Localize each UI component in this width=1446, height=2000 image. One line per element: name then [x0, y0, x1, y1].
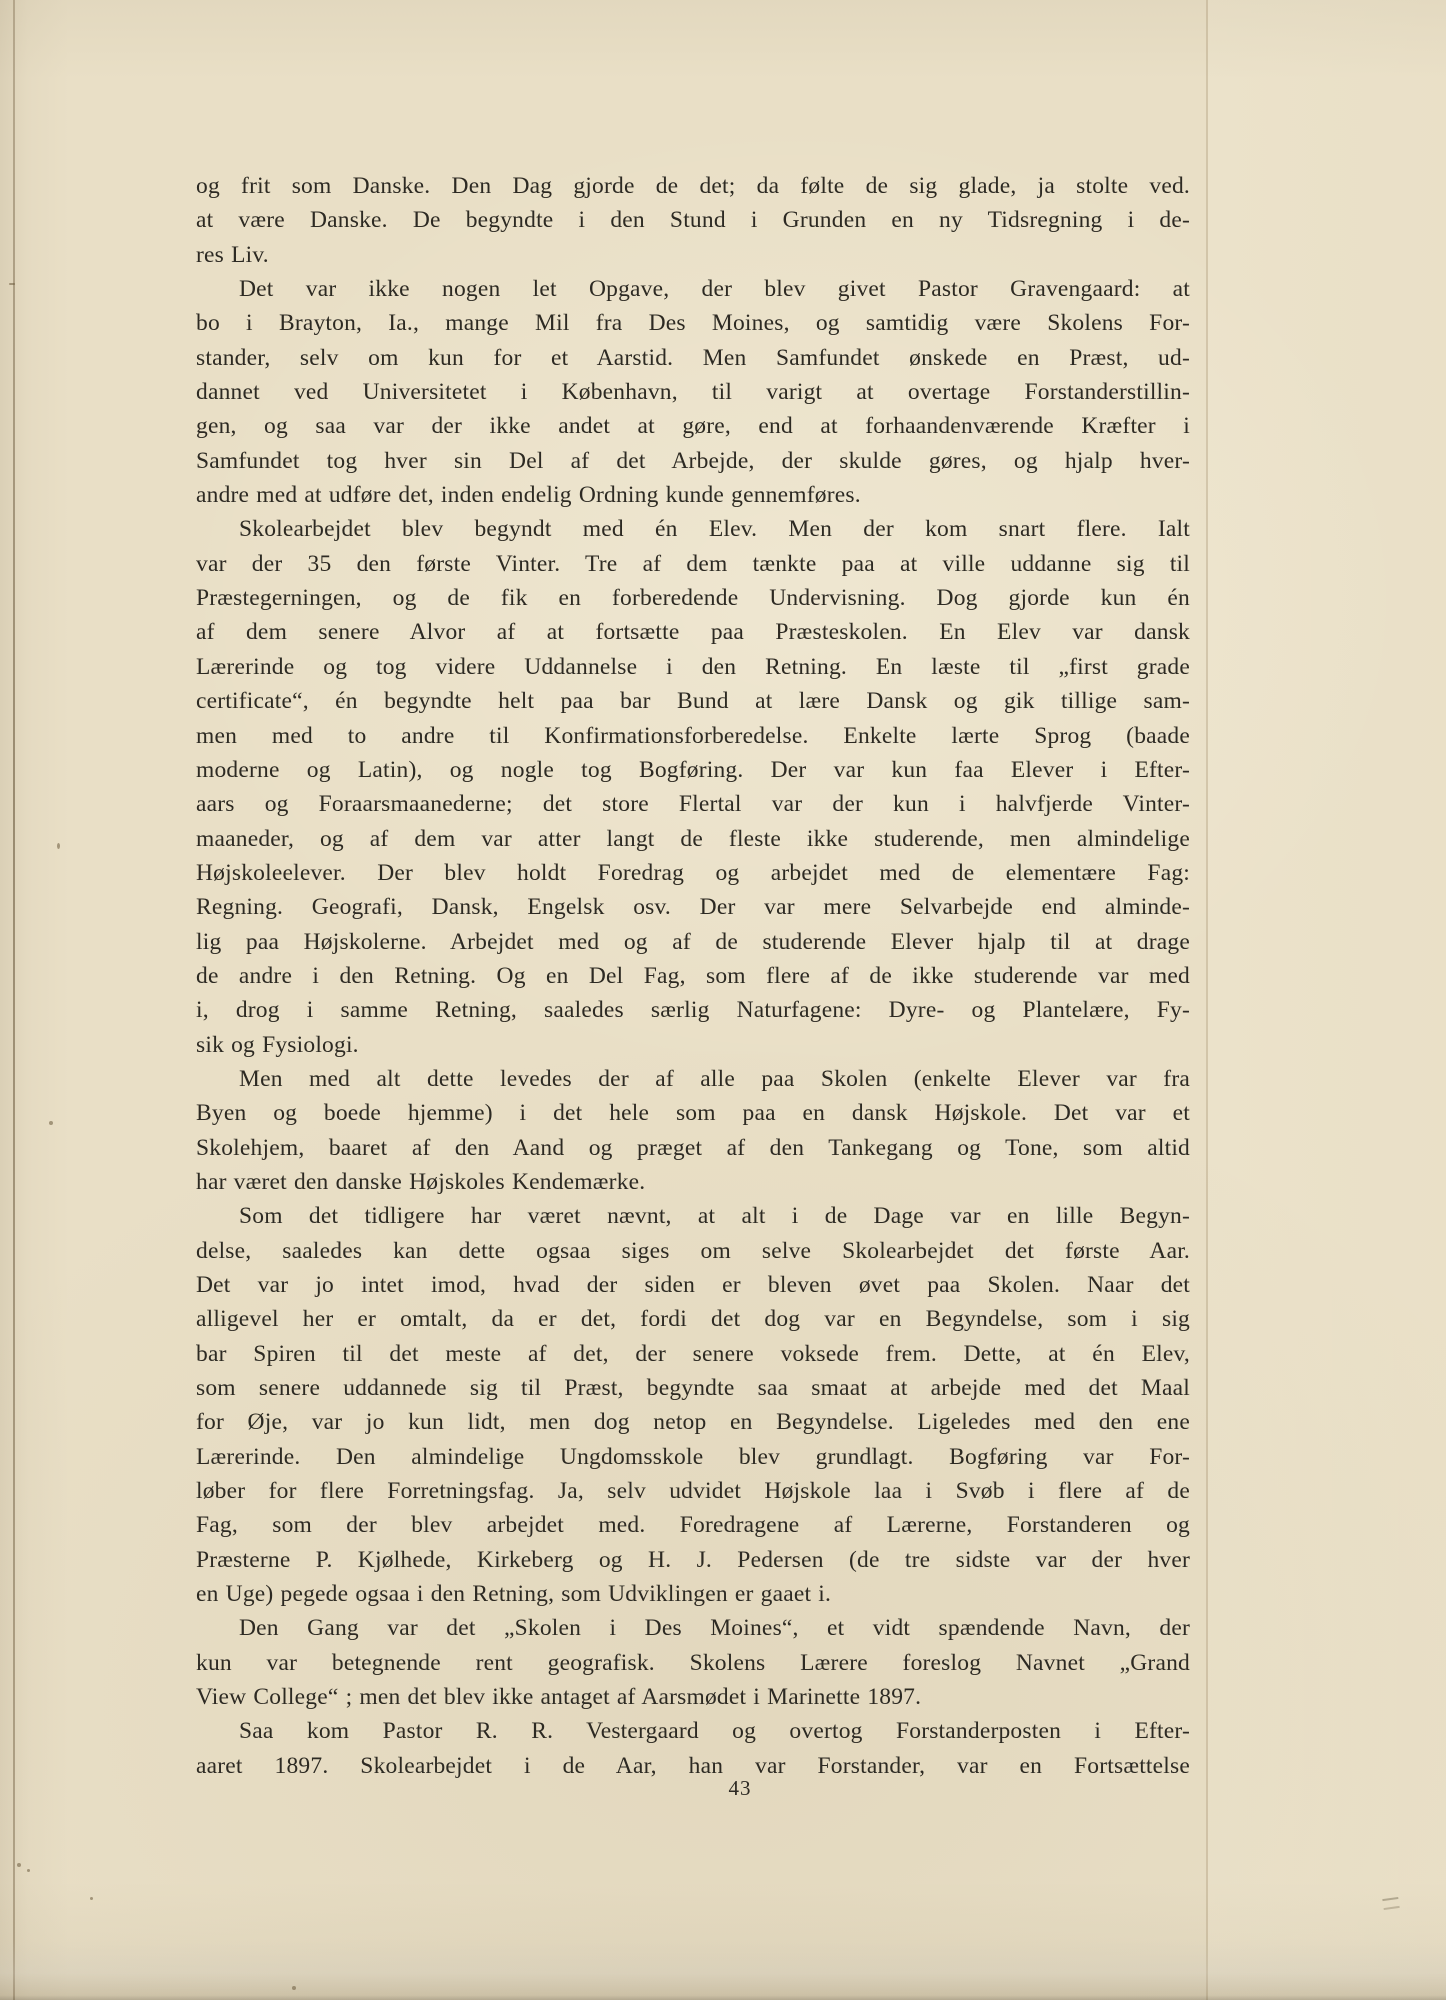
margin-mark [49, 1121, 53, 1125]
text-line: aaret 1897. Skolearbejdet i de Aar, han … [196, 1749, 1190, 1783]
text-line: en Uge) pegede ogsaa i den Retning, som … [196, 1577, 1190, 1611]
text-line: Præsterne P. Kjølhede, Kirkeberg og H. J… [196, 1543, 1190, 1577]
text-line: kun var betegnende rent geografisk. Skol… [196, 1646, 1190, 1680]
text-line: af dem senere Alvor af at fortsætte paa … [196, 615, 1190, 649]
text-line: i, drog i samme Retning, saaledes særlig… [196, 993, 1190, 1027]
text-line: Lærerinde. Den almindelige Ungdomsskole … [196, 1440, 1190, 1474]
text-line: de andre i den Retning. Og en Del Fag, s… [196, 959, 1190, 993]
text-line: Det var jo intet imod, hvad der siden er… [196, 1268, 1190, 1302]
text-line: dannet ved Universitetet i København, ti… [196, 375, 1190, 409]
text-line: Saa kom Pastor R. R. Vestergaard og over… [196, 1714, 1190, 1748]
text-line: var der 35 den første Vinter. Tre af dem… [196, 547, 1190, 581]
text-line: Regning. Geografi, Dansk, Engelsk osv. D… [196, 890, 1190, 924]
text-line: res Liv. [196, 238, 1190, 272]
page-bottom-edge [0, 1940, 1446, 2000]
page-number: 43 [718, 1776, 762, 1801]
text-line: Præstegerningen, og de fik en forbereden… [196, 581, 1190, 615]
right-margin-shading [1208, 0, 1446, 2000]
text-line: certificate“, én begyndte helt paa bar B… [196, 684, 1190, 718]
text-line: for Øje, var jo kun lidt, men dog netop … [196, 1405, 1190, 1439]
text-line: maaneder, og af dem var atter langt de f… [196, 822, 1190, 856]
text-line: Det var ikke nogen let Opgave, der blev … [196, 272, 1190, 306]
text-line: og frit som Danske. Den Dag gjorde de de… [196, 169, 1190, 203]
text-line: Højskoleelever. Der blev holdt Foredrag … [196, 856, 1190, 890]
text-line: Men med alt dette levedes der af alle pa… [196, 1062, 1190, 1096]
text-line: Den Gang var det „Skolen i Des Moines“, … [196, 1611, 1190, 1645]
text-line: delse, saaledes kan dette ogsaa siges om… [196, 1234, 1190, 1268]
text-line: Skolehjem, baaret af den Aand og præget … [196, 1131, 1190, 1165]
paper-speck [90, 1897, 93, 1900]
page-text: og frit som Danske. Den Dag gjorde de de… [196, 169, 1190, 1783]
margin-mark [57, 843, 60, 849]
book-page: og frit som Danske. Den Dag gjorde de de… [0, 0, 1446, 2000]
text-line: Lærerinde og tog videre Uddannelse i den… [196, 650, 1190, 684]
text-line: alligevel her er omtalt, da er det, ford… [196, 1302, 1190, 1336]
text-line: aars og Foraarsmaanederne; det store Fle… [196, 787, 1190, 821]
text-line: Fag, som der blev arbejdet med. Foredrag… [196, 1508, 1190, 1542]
text-line: Skolearbejdet blev begyndt med én Elev. … [196, 512, 1190, 546]
text-line: stander, selv om kun for et Aarstid. Men… [196, 341, 1190, 375]
text-line: løber for flere Forretningsfag. Ja, selv… [196, 1474, 1190, 1508]
text-line: moderne og Latin), og nogle tog Bogførin… [196, 753, 1190, 787]
paper-speck [292, 1986, 296, 1990]
pencil-mark [1382, 1897, 1399, 1910]
margin-mark [17, 1863, 21, 1867]
text-line: at være Danske. De begyndte i den Stund … [196, 203, 1190, 237]
text-line: Byen og boede hjemme) i det hele som paa… [196, 1096, 1190, 1130]
margin-mark [9, 283, 15, 285]
text-line: har været den danske Højskoles Kendemærk… [196, 1165, 1190, 1199]
binding-crease-line [13, 0, 15, 2000]
text-line: andre med at udføre det, inden endelig O… [196, 478, 1190, 512]
margin-mark [27, 1869, 30, 1872]
text-line: bar Spiren til det meste af det, der sen… [196, 1337, 1190, 1371]
text-line: men med to andre til Konfirmationsforber… [196, 719, 1190, 753]
text-line: som senere uddannede sig til Præst, begy… [196, 1371, 1190, 1405]
text-line: bo i Brayton, Ia., mange Mil fra Des Moi… [196, 306, 1190, 340]
text-line: lig paa Højskolerne. Arbejdet med og af … [196, 925, 1190, 959]
text-line: View College“ ; men det blev ikke antage… [196, 1680, 1190, 1714]
text-line: Som det tidligere har været nævnt, at al… [196, 1199, 1190, 1233]
text-line: gen, og saa var der ikke andet at gøre, … [196, 409, 1190, 443]
text-line: sik og Fysiologi. [196, 1028, 1190, 1062]
text-line: Samfundet tog hver sin Del af det Arbejd… [196, 444, 1190, 478]
